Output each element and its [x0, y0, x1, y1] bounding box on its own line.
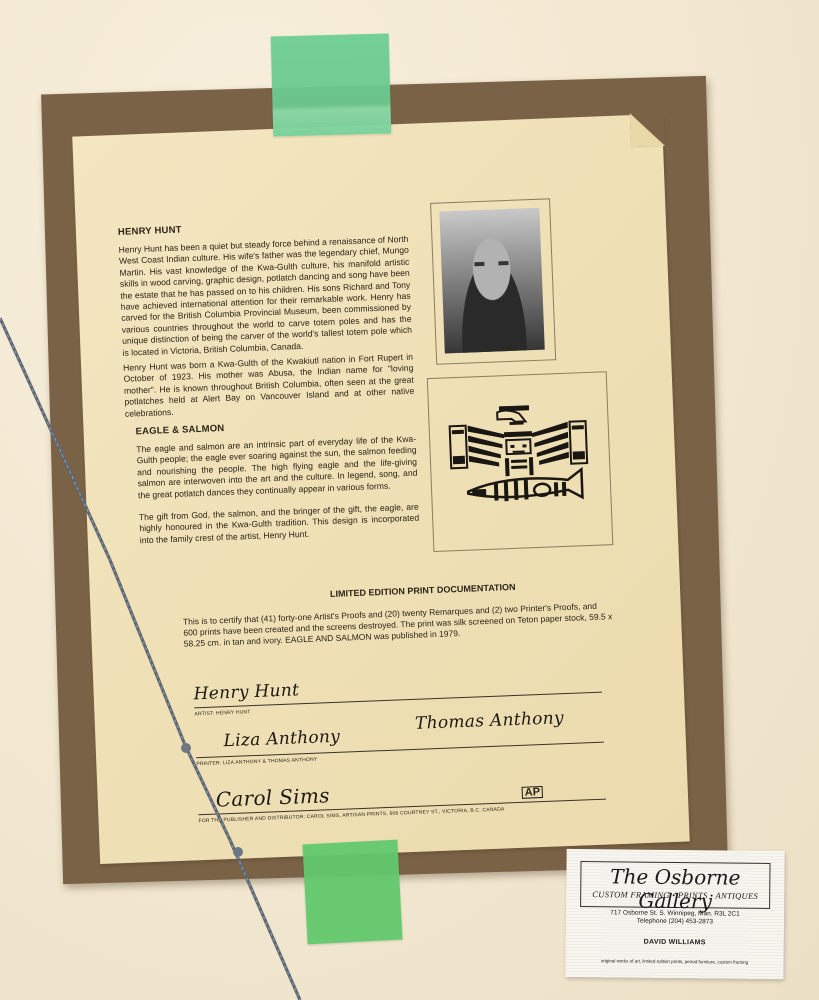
portrait-photo: [439, 208, 544, 354]
portrait-frame: [430, 198, 556, 364]
label-printer: PRINTER: LIZA ANTHONY & THOMAS ANTHONY: [196, 757, 317, 768]
signature-artist: Henry Hunt: [193, 680, 299, 704]
certification-text: This is to certify that (41) forty-one A…: [183, 600, 614, 649]
publisher-logo: AP: [522, 786, 544, 799]
certification-title: LIMITED EDITION PRINT DOCUMENTATION: [330, 582, 516, 599]
heading-henry-hunt: HENRY HUNT: [118, 224, 182, 237]
bio-paragraph-2: Henry Hunt was born a Kwa-Gulth of the K…: [123, 352, 415, 420]
label-artist: ARTIST: HENRY HUNT: [194, 709, 250, 717]
masking-tape-top: [271, 33, 392, 136]
card-logo-box: The Osborne Gallery CUSTOM FRAMING • PRI…: [580, 861, 770, 909]
card-contact-name: DAVID WILLIAMS: [566, 938, 784, 947]
gallery-tagline: CUSTOM FRAMING • PRINTS • ANTIQUES: [581, 889, 769, 901]
artwork-frame: [427, 371, 614, 552]
folded-corner: [630, 112, 665, 147]
business-card: The Osborne Gallery CUSTOM FRAMING • PRI…: [565, 849, 784, 979]
gallery-address-block: 717 Osborne St. S. Winnipeg, Man. R3L 2C…: [566, 909, 784, 927]
signature-printer-2: Thomas Anthony: [415, 708, 565, 734]
masking-tape-bottom: [302, 840, 402, 945]
design-paragraph-2: The gift from God, the salmon, and the b…: [139, 502, 420, 547]
portrait-eyes: [474, 261, 508, 266]
documentation-sheet: HENRY HUNT Henry Hunt has been a quiet b…: [72, 114, 690, 864]
bio-paragraph-1: Henry Hunt has been a quiet but steady f…: [118, 234, 412, 359]
signature-publisher: Carol Sims: [215, 783, 330, 811]
signature-printer-1: Liza Anthony: [223, 727, 340, 751]
design-paragraph-1: The eagle and salmon are an intrinsic pa…: [136, 434, 418, 502]
card-services: original works of art, limited edition p…: [565, 958, 783, 965]
gallery-phone: Telephone (204) 453-2873: [566, 917, 784, 927]
heading-eagle-salmon: EAGLE & SALMON: [135, 423, 224, 437]
eagle-salmon-artwork: [447, 395, 592, 520]
